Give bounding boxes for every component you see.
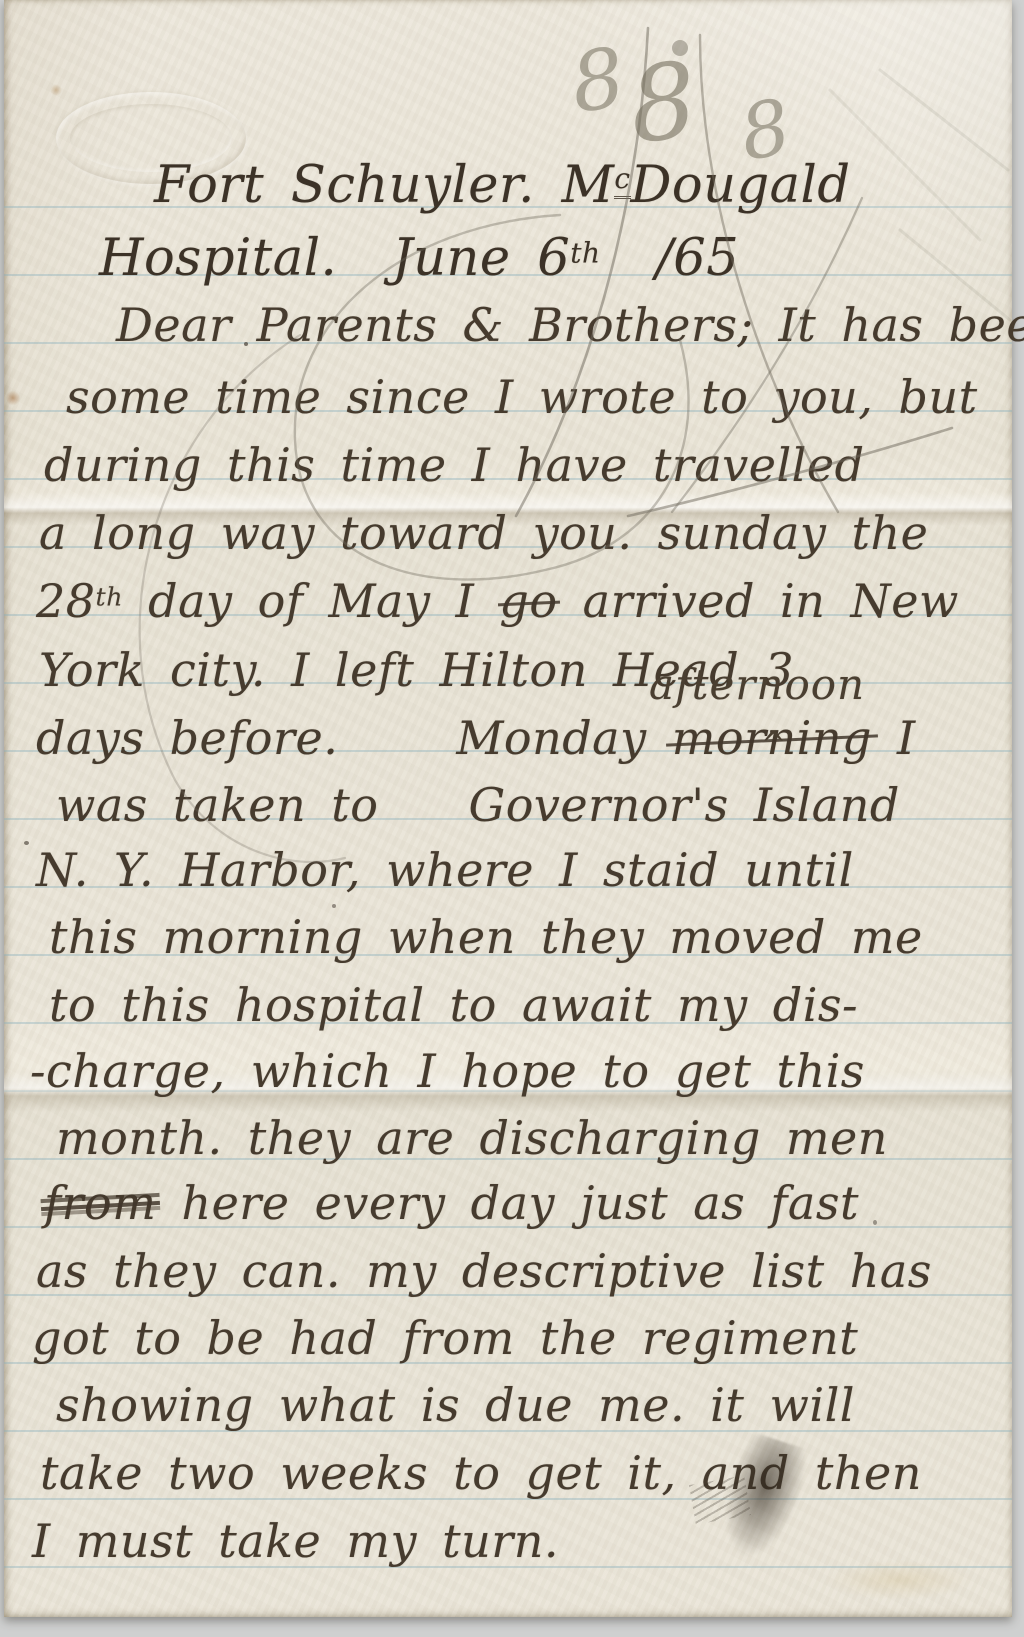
letter-line: a long way toward you. sunday the	[39, 508, 928, 559]
ink-speck	[332, 904, 336, 908]
line-text: this morning when they moved me	[49, 910, 923, 964]
line-text: was taken to	[56, 778, 378, 832]
ink-speck	[244, 342, 248, 346]
pencil-transfer-mark	[830, 90, 980, 240]
letter-line: got to be had from the regiment	[32, 1313, 858, 1364]
line-text: showing what is due me. it will	[56, 1378, 855, 1432]
letter-line: during this time I have travelled	[44, 440, 865, 491]
line-text: got to be had from the regiment	[32, 1311, 858, 1365]
letter-line: from here every day just as fast	[44, 1178, 859, 1229]
struck-word: from	[44, 1176, 156, 1230]
heading-year: /65	[656, 229, 740, 288]
heading-hospital: Hospital.	[99, 229, 337, 288]
struck-word: go	[499, 574, 557, 628]
scanned-letter-page: { "document_kind": "handwritten letter (…	[0, 0, 1024, 1637]
letter-line: was taken toGovernor's Island	[56, 780, 900, 831]
ordinal-superscript: th	[96, 583, 123, 612]
line-text: 28	[36, 574, 96, 628]
rust-stain	[50, 84, 62, 96]
rust-stain	[6, 390, 20, 406]
insertion-caret: ^	[761, 725, 786, 767]
line-text: Monday	[456, 711, 671, 765]
inserted-word: afternoon	[649, 660, 865, 709]
line-text: arrived in New	[558, 574, 959, 628]
pencil-transfer-mark	[880, 70, 1008, 170]
heading-place-pre: Fort Schuyler. M	[154, 156, 614, 215]
line-text: I	[872, 711, 916, 765]
letter-line: N. Y. Harbor, where I staid until	[36, 845, 854, 896]
line-text: as they can. my descriptive list has	[36, 1244, 932, 1298]
pencil-blob	[672, 40, 688, 56]
heading-month-day: June 6	[392, 229, 570, 288]
line-text: during this time I have travelled	[44, 438, 865, 492]
line-text: day of May I	[123, 574, 499, 628]
line-text: a long way toward you. sunday the	[39, 506, 928, 560]
line-text: Governor's Island	[468, 778, 899, 832]
line-text: Dear Parents & Brothers; It has been	[116, 298, 1024, 352]
ink-speck	[24, 841, 29, 845]
pencil-figure-8: 8	[566, 30, 631, 131]
letter-line: month. they are discharging men	[56, 1113, 888, 1164]
pencil-figure-8: 8	[624, 39, 703, 167]
line-text: days before.	[36, 711, 338, 765]
letter-line: to this hospital to await my dis-	[49, 980, 858, 1031]
letter-paper: Fort Schuyler. McDougald Hospital.June 6…	[4, 0, 1012, 1617]
letter-line-salutation: Dear Parents & Brothers; It has been	[116, 300, 1024, 351]
heading-date-line: Hospital.June 6th/65	[99, 231, 739, 287]
letter-line: some time since I wrote to you, but	[66, 372, 978, 423]
mc-superscript: c	[614, 162, 630, 199]
letter-line: I must take my turn.	[32, 1516, 559, 1567]
line-text: I must take my turn.	[32, 1514, 559, 1568]
line-text: -charge, which I hope to get this	[30, 1044, 865, 1098]
line-text: here every day just as fast	[156, 1176, 859, 1230]
line-text: to this hospital to await my dis-	[49, 978, 858, 1032]
line-text: N. Y. Harbor, where I staid until	[36, 843, 854, 897]
heading-place-line: Fort Schuyler. McDougald	[154, 158, 850, 214]
heading-place-rest: Dougald	[631, 156, 851, 215]
letter-line: as they can. my descriptive list has	[36, 1246, 932, 1297]
date-ordinal: th	[570, 236, 600, 269]
letter-line: 28th day of May I go arrived in New	[36, 576, 959, 627]
letter-line: showing what is due me. it will	[56, 1380, 855, 1431]
line-text: some time since I wrote to you, but	[66, 370, 978, 424]
letter-line: this morning when they moved me	[49, 912, 923, 963]
yellow-stain	[824, 1560, 974, 1600]
ink-speck	[873, 1220, 877, 1225]
letter-line: -charge, which I hope to get this	[30, 1046, 865, 1097]
line-text: month. they are discharging men	[56, 1111, 888, 1165]
